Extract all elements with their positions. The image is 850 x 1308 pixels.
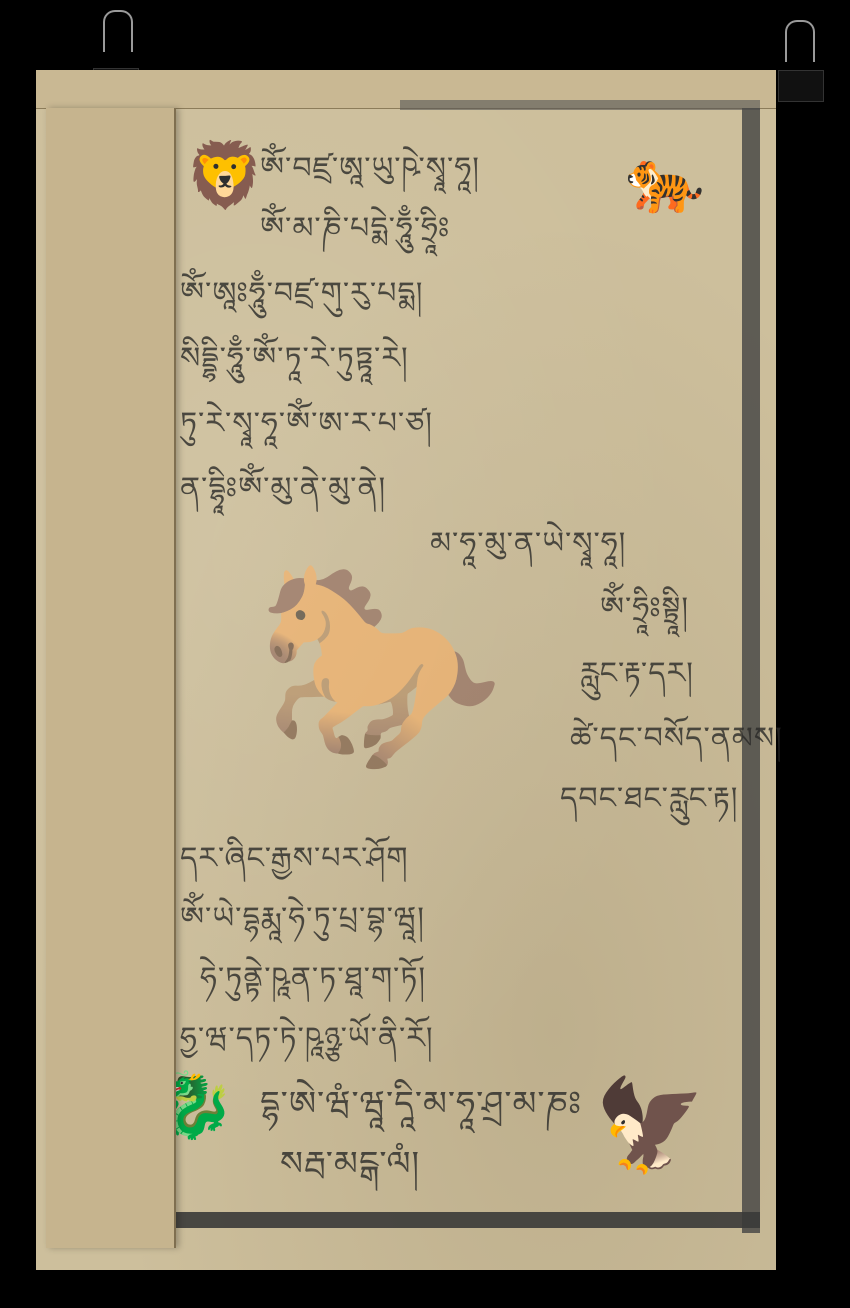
- snow-lion-icon: 🦁: [185, 125, 265, 225]
- printed-border-top: [400, 100, 760, 110]
- mantra-line: སརྦ་མངྒ་ལཾ།: [280, 1125, 420, 1221]
- mantra-line: མ་ཧཱ་མུ་ན་ཡེ་སྭཱ་ཧཱ།: [430, 510, 626, 594]
- garuda-icon: 🦅: [570, 1055, 730, 1195]
- binder-clip-right-handle: [785, 20, 815, 62]
- binder-clip-right: [778, 70, 824, 102]
- folded-cloth-flap: [46, 108, 176, 1248]
- mantra-line: དབང་ཐང་རླུང་རྟ།: [560, 765, 738, 849]
- printed-border-right: [742, 108, 760, 1233]
- binder-clip-left-handle: [103, 10, 133, 52]
- mantra-line: ན་དྷཱིཿཨོཾ་མུ་ནེ་མུ་ནེ།: [180, 455, 386, 539]
- printed-area: 🦁 🐅 🐉 🦅 🐎 ཨོཾ་བཛྲ་ཨཱ་ཡུ་ཥེ་སྭཱ་ཧཱ། ཨོཾ་མ…: [180, 115, 735, 1230]
- tiger-icon: 🐅: [600, 135, 730, 225]
